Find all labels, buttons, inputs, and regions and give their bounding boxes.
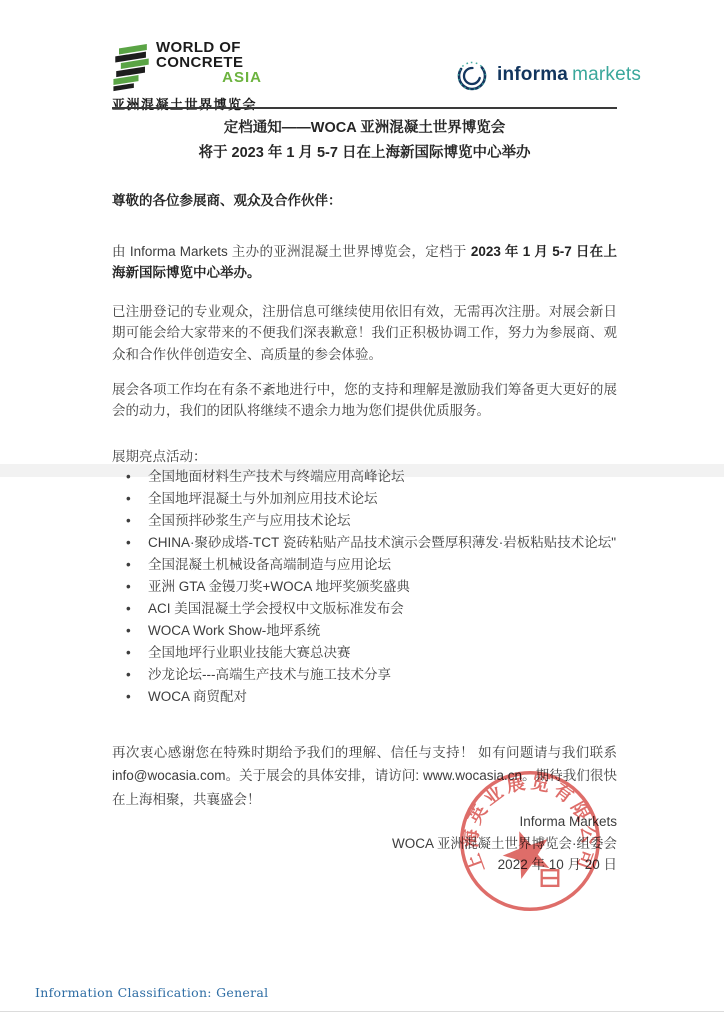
letter-title-line2: 将于 2023 年 1 月 5-7 日在上海新国际博览中心举办 [112, 141, 617, 166]
paragraph-schedule: 由 Informa Markets 主办的亚洲混凝土世界博览会，定档于 2023… [112, 241, 617, 284]
informa-markets-logo: informa markets [454, 57, 641, 93]
woca-logo-text-line2: CONCRETE [156, 55, 262, 70]
list-item: ACI 美国混凝土学会授权中文版标准发布会 [112, 598, 617, 620]
contact-email: info@wocasia.com [112, 768, 226, 783]
list-item: 全国地面材料生产技术与终端应用高峰论坛 [112, 466, 617, 488]
salutation: 尊敬的各位参展商、观众及合作伙伴： [112, 189, 617, 209]
woca-logo-chinese-name: 亚洲混凝土世界博览会 [112, 94, 262, 113]
highlights-heading: 展期亮点活动： [112, 445, 617, 465]
list-item: 全国混凝土机械设备高端制造与应用论坛 [112, 554, 617, 576]
letter-title-line1: 定档通知——WOCA 亚洲混凝土世界博览会 [112, 116, 617, 141]
letter-page: WORLD OF CONCRETE ASIA 亚洲混凝土世界博览会 inform… [0, 0, 724, 1024]
informa-wordmark: informa [497, 64, 568, 86]
closing-paragraph: 再次衷心感谢您在特殊时期给予我们的理解、信任与支持！ 如有问题请与我们联系 in… [112, 741, 617, 812]
website-url: www.wocasia.cn [423, 768, 522, 783]
list-item: 亚洲 GTA 金镘刀奖+WOCA 地坪奖颁奖盛典 [112, 576, 617, 598]
list-item: WOCA Work Show-地坪系统 [112, 620, 617, 642]
closing-part1: 再次衷心感谢您在特殊时期给予我们的理解、信任与支持！ 如有问题请与我们联系 [112, 745, 617, 760]
woca-logo-text-line1: WORLD OF [156, 40, 262, 55]
paragraph-schedule-regular: 由 Informa Markets 主办的亚洲混凝土世界博览会，定档于 [112, 244, 471, 259]
paragraph-registration: 已注册登记的专业观众，注册信息可继续使用依旧有效，无需再次注册。对展会新日期可能… [112, 301, 617, 366]
woca-logo: WORLD OF CONCRETE ASIA 亚洲混凝土世界博览会 [112, 40, 262, 113]
list-item: 全国地坪行业职业技能大赛总决赛 [112, 642, 617, 664]
list-item: 沙龙论坛---高端生产技术与施工技术分享 [112, 664, 617, 686]
highlights-list: 全国地面材料生产技术与终端应用高峰论坛 全国地坪混凝土与外加剂应用技术论坛 全国… [112, 466, 617, 708]
markets-wordmark: markets [572, 64, 641, 86]
list-item: CHINA·聚砂成塔-TCT 瓷砖粘贴产品技术演示会暨厚积薄发·岩板粘贴技术论坛… [112, 532, 617, 554]
information-classification: Information Classification: General [35, 985, 268, 1000]
letter-title: 定档通知——WOCA 亚洲混凝土世界博览会 将于 2023 年 1 月 5-7 … [112, 116, 617, 166]
list-item: WOCA 商贸配对 [112, 686, 617, 708]
list-item: 全国预拌砂浆生产与应用技术论坛 [112, 510, 617, 532]
stacked-blocks-icon [112, 40, 152, 92]
woca-logo-text-asia: ASIA [156, 70, 262, 86]
signature-committee: WOCA 亚洲混凝土世界博览会·组委会 [392, 833, 617, 855]
list-item: 全国地坪混凝土与外加剂应用技术论坛 [112, 488, 617, 510]
closing-part2: 。关于展会的具体安排，请访问: [226, 768, 424, 783]
header-divider [112, 107, 617, 109]
signature-organizer: Informa Markets [392, 811, 617, 833]
page-bottom-divider [0, 1011, 724, 1012]
paragraph-preparation: 展会各项工作均在有条不紊地进行中，您的支持和理解是激励我们筹备更大更好的展会的动… [112, 379, 617, 422]
signature-block: Informa Markets WOCA 亚洲混凝土世界博览会·组委会 2022… [392, 811, 617, 876]
signature-date: 2022 年 10 月 20 日 [392, 854, 617, 876]
informa-swirl-icon [454, 57, 490, 93]
